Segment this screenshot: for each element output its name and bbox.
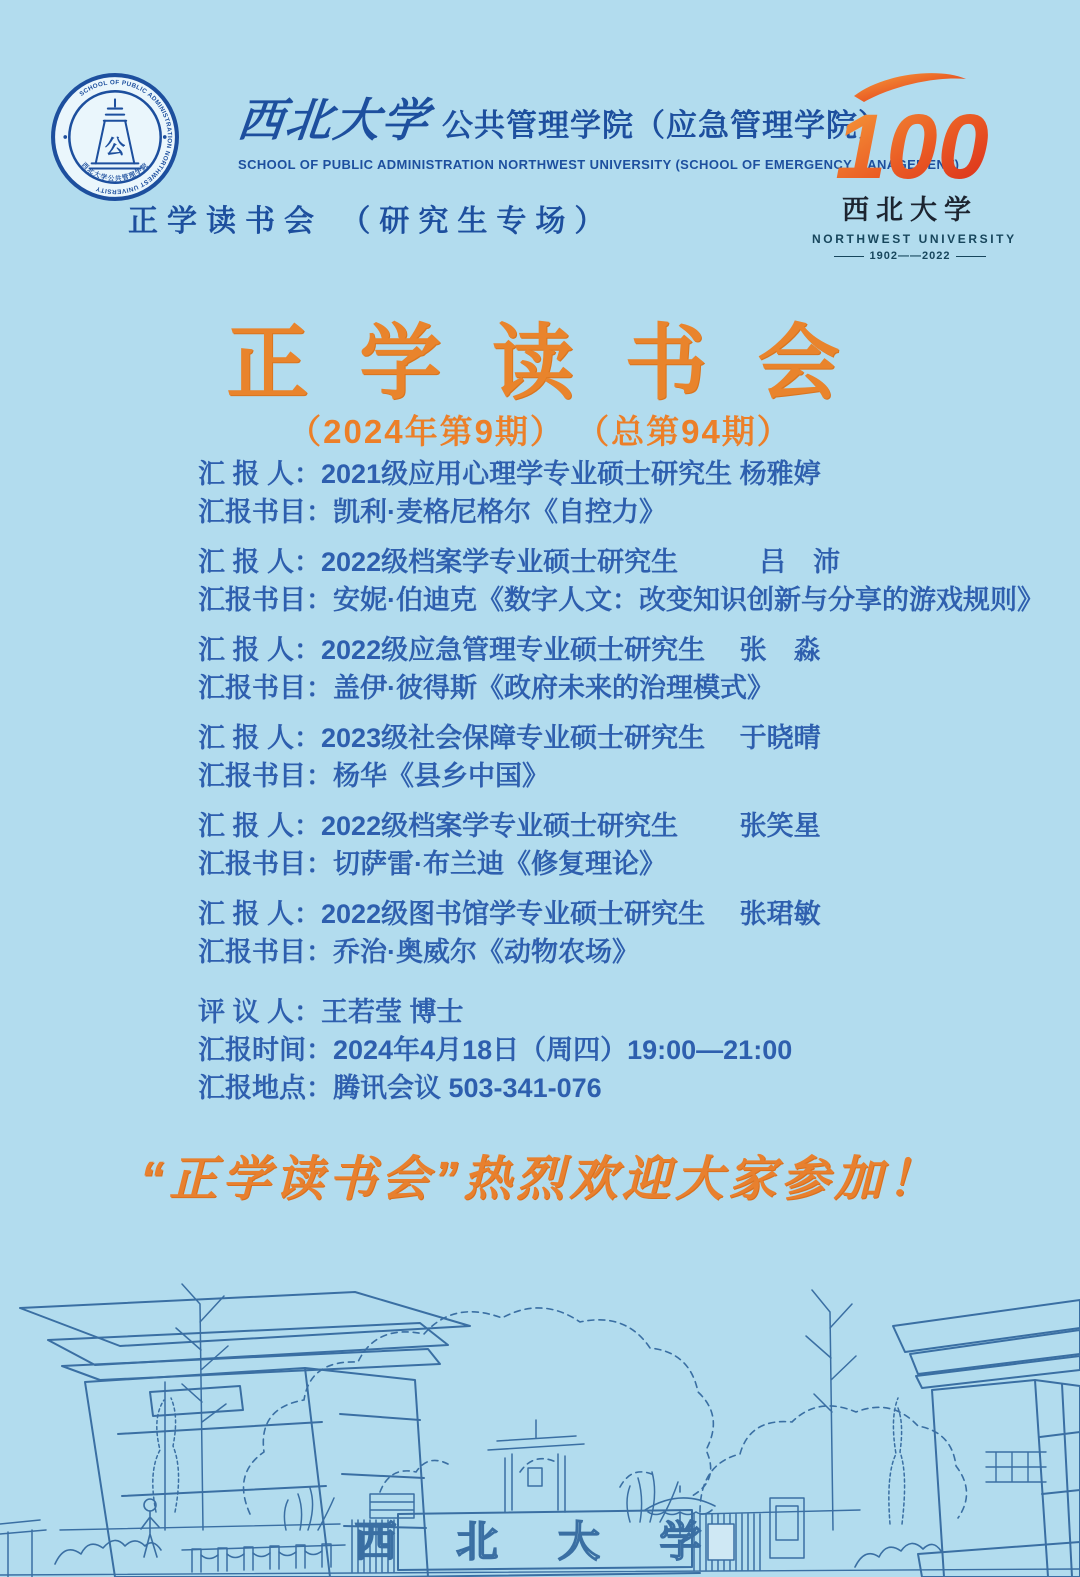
book-value: 安妮·伯迪克《数字人文：改变知识创新与分享的游戏规则》 — [333, 585, 1044, 615]
anniversary-number: 100 — [835, 96, 989, 192]
right-background-building — [986, 1452, 1046, 1482]
book-label: 汇报书目： — [198, 673, 333, 703]
presenter-label: 汇 报 人： — [198, 811, 321, 841]
campus-gate-line-art: 西 北 大 学 — [0, 1262, 1080, 1577]
right-rule — [956, 256, 986, 257]
left-background-building — [0, 1520, 46, 1577]
session-entry-4: 汇 报 人：2023级社会保障专业硕士研究生 于晓晴 汇报书目：杨华《县乡中国》 — [198, 719, 1028, 795]
presenter-value: 2021级应用心理学专业硕士研究生 杨雅婷 — [321, 459, 821, 489]
right-gate-pillar — [855, 1300, 1080, 1577]
book-value: 切萨雷·布兰迪《修复理论》 — [333, 849, 666, 879]
book-value: 凯利·麦格尼格尔《自控力》 — [333, 497, 666, 527]
kiosk — [770, 1498, 804, 1558]
series-subtitle: 正学读书会 （研究生专场） — [128, 196, 613, 240]
presenter-value: 2023级社会保障专业硕士研究生 于晓晴 — [321, 723, 821, 753]
session-entry-5: 汇 报 人：2022级档案学专业硕士研究生 张笑星 汇报书目：切萨雷·布兰迪《修… — [198, 807, 1028, 883]
book-label: 汇报书目： — [198, 937, 333, 967]
time-value: 2024年4月18日（周四）19:00—21:00 — [333, 1035, 792, 1065]
book-label: 汇报书目： — [198, 497, 333, 527]
book-label: 汇报书目： — [198, 761, 333, 791]
book-value: 乔治·奥威尔《动物农场》 — [333, 937, 639, 967]
anniversary-univ-en: NORTHWEST UNIVERSITY — [812, 232, 1008, 246]
issue-line: （2024年第9期） （总第94期） — [0, 406, 1080, 453]
presenter-label: 汇 报 人： — [198, 459, 321, 489]
anniversary-univ-cn: 西北大学 — [812, 188, 1008, 227]
presenter-value: 2022级档案学专业硕士研究生 吕 沛 — [321, 547, 840, 577]
presenter-value: 2022级图书馆学专业硕士研究生 张珺敏 — [321, 899, 821, 929]
tall-trees — [153, 1284, 905, 1530]
bell-tower — [488, 1420, 584, 1512]
university-name-calligraphy: 西北大学 — [235, 84, 434, 150]
presenter-label: 汇 报 人： — [198, 635, 321, 665]
presenter-label: 汇 报 人： — [198, 547, 321, 577]
time-label: 汇报时间： — [198, 1035, 333, 1065]
gate-sign-text: 西 北 大 学 — [354, 1518, 725, 1565]
presenter-label: 汇 报 人： — [198, 899, 321, 929]
book-label: 汇报书目： — [198, 585, 333, 615]
book-value: 盖伊·彼得斯《政府未来的治理模式》 — [333, 673, 774, 703]
anniversary-100-icon: 100 — [820, 66, 1000, 192]
presenter-value: 2022级档案学专业硕士研究生 张笑星 — [321, 811, 821, 841]
reviewer-value: 王若莹 博士 — [321, 997, 464, 1027]
anniversary-years-text: 1902——2022 — [870, 250, 951, 262]
event-poster: SCHOOL OF PUBLIC ADMINISTRATION NORTHWES… — [0, 0, 1080, 1577]
event-info-block: 评 议 人：王若莹 博士 汇报时间：2024年4月18日（周四）19:00—21… — [198, 993, 1028, 1107]
welcome-line: “正学读书会”热烈欢迎大家参加！ — [0, 1140, 1080, 1209]
location-value: 腾讯会议 503-341-076 — [333, 1073, 602, 1103]
fence-posts — [182, 1544, 345, 1572]
book-value: 杨华《县乡中国》 — [333, 761, 549, 791]
session-entry-1: 汇 报 人：2021级应用心理学专业硕士研究生 杨雅婷 汇报书目：凯利·麦格尼格… — [198, 455, 1028, 531]
seal-tower-glyph: 公 — [105, 135, 126, 158]
anniversary-logo: 100 西北大学 NORTHWEST UNIVERSITY 1902——2022 — [812, 66, 1008, 262]
session-entry-6: 汇 报 人：2022级图书馆学专业硕士研究生 张珺敏 汇报书目：乔治·奥威尔《动… — [198, 895, 1028, 971]
school-seal-logo: SCHOOL OF PUBLIC ADMINISTRATION NORTHWES… — [50, 72, 180, 202]
session-list: 汇 报 人：2021级应用心理学专业硕士研究生 杨雅婷 汇报书目：凯利·麦格尼格… — [198, 455, 1028, 1107]
reviewer-label: 评 议 人： — [198, 997, 321, 1027]
session-entry-2: 汇 报 人：2022级档案学专业硕士研究生 吕 沛 汇报书目：安妮·伯迪克《数字… — [198, 543, 1028, 619]
left-rule — [834, 256, 864, 257]
header-text-block: 西北大学 公共管理学院（应急管理学院） SCHOOL OF PUBLIC ADM… — [238, 84, 798, 172]
presenter-label: 汇 报 人： — [198, 723, 321, 753]
session-entry-3: 汇 报 人：2022级应急管理专业硕士研究生 张 淼 汇报书目：盖伊·彼得斯《政… — [198, 631, 1028, 707]
anniversary-years: 1902——2022 — [812, 250, 1008, 262]
school-name-en: SCHOOL OF PUBLIC ADMINISTRATION NORTHWES… — [238, 157, 798, 172]
tree-canopy — [244, 1308, 967, 1518]
poster-title: 正 学 读 书 会 — [0, 298, 1080, 415]
presenter-value: 2022级应急管理专业硕士研究生 张 淼 — [321, 635, 821, 665]
book-label: 汇报书目： — [198, 849, 333, 879]
location-label: 汇报地点： — [198, 1073, 333, 1103]
